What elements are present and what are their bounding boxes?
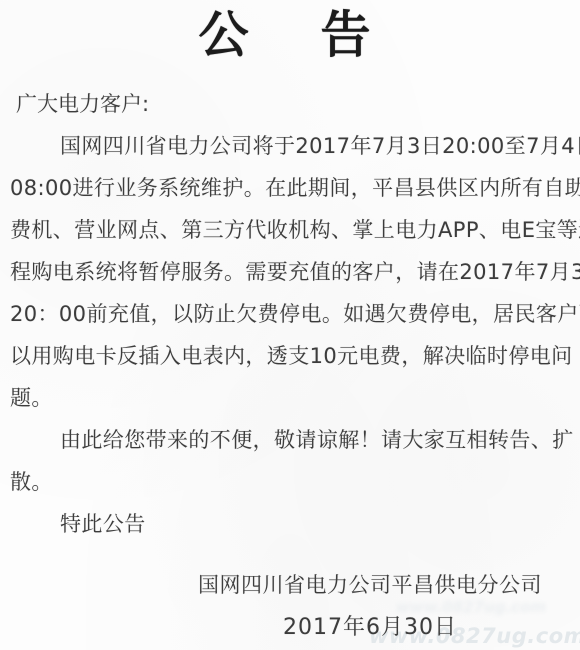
body-line: 国网四川省电力公司将于2017年7月3日20:00至7月4日 <box>6 125 574 167</box>
signature-company: 国网四川省电力公司平昌供电分公司 <box>198 570 542 600</box>
body-line: 程购电系统将暂停服务。需要充值的客户，请在2017年7月3日 <box>6 251 574 293</box>
notice-date: 2017年6月30日 <box>198 614 542 642</box>
body-line: 以用购电卡反插入电表内，透支10元电费，解决临时停电问 <box>6 335 574 377</box>
body-line: 特此公告 <box>6 503 574 545</box>
notice-title: 公 告 <box>0 0 580 65</box>
body-line: 08:00进行业务系统维护。在此期间，平昌县供区内所有自助缴 <box>6 167 574 209</box>
body-line: 20：00前充值，以防止欠费停电。如遇欠费停电，居民客户可 <box>6 293 574 335</box>
body-line: 由此给您带来的不便，敬请谅解！请大家互相转告、扩 <box>6 419 574 461</box>
body-line: 题。 <box>6 377 574 419</box>
notice-body: 广大电力客户: 国网四川省电力公司将于2017年7月3日20:00至7月4日 0… <box>0 83 580 545</box>
salutation: 广大电力客户: <box>16 83 574 125</box>
body-line: 费机、营业网点、第三方代收机构、掌上电力APP、电E宝等远 <box>6 209 574 251</box>
signature-block: 国网四川省电力公司平昌供电分公司 2017年6月30日 <box>198 570 542 642</box>
notice-document: 公 告 广大电力客户: 国网四川省电力公司将于2017年7月3日20:00至7月… <box>0 0 580 650</box>
body-line: 散。 <box>6 461 574 503</box>
